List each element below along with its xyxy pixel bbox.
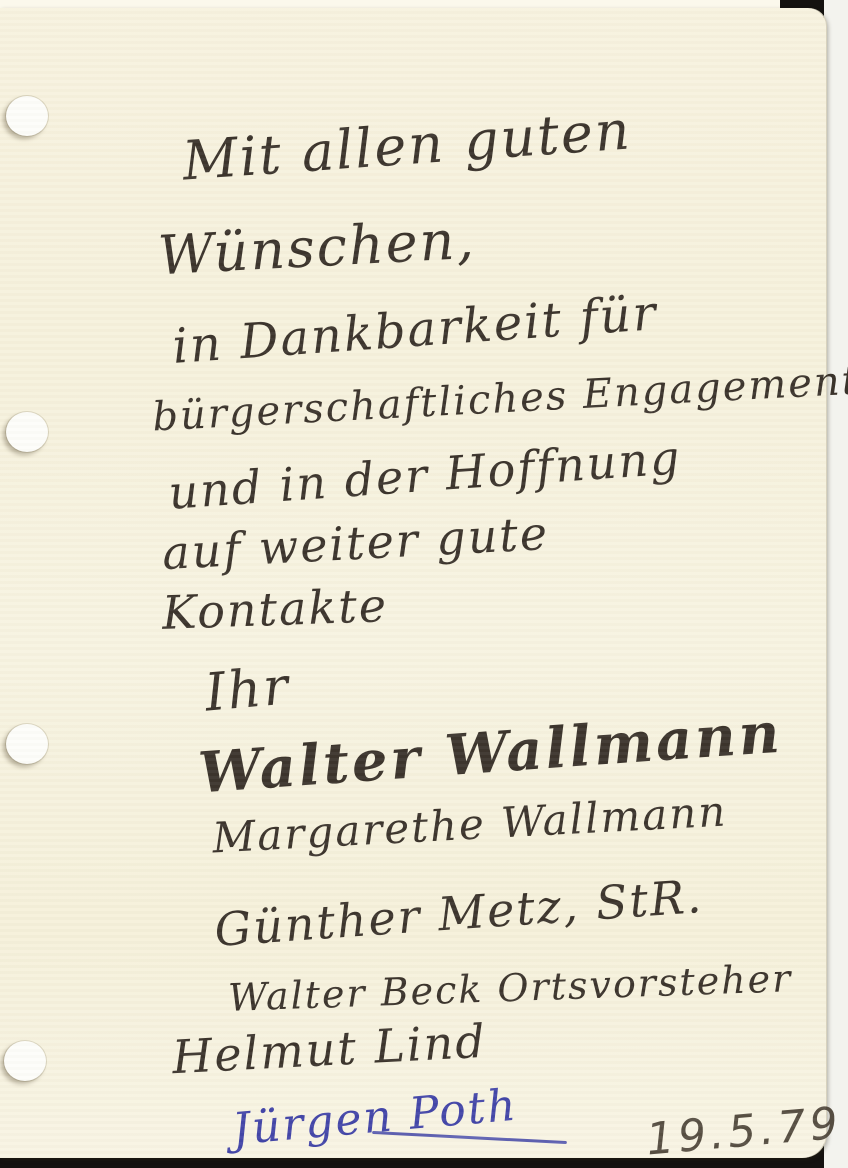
- paper-page: Mit allen guten Wünschen, in Dankbarkeit…: [0, 8, 826, 1158]
- punch-hole: [6, 96, 48, 136]
- backing-sheet-right-edge: [824, 0, 848, 1168]
- message-line-7: Kontakte: [161, 578, 389, 640]
- date-annotation: 19.5.79: [644, 1098, 844, 1166]
- signature-walter-beck-ortsvorsteher: Walter Beck Ortsvorsteher: [227, 956, 793, 1020]
- signature-helmut-lind: Helmut Lind: [171, 1014, 488, 1084]
- signature-juergen-poth-blue-ink: Jürgen Poth: [230, 1080, 519, 1156]
- message-line-3: in Dankbarkeit für: [171, 285, 660, 375]
- message-line-2: Wünschen,: [157, 208, 477, 288]
- scanned-document: Mit allen guten Wünschen, in Dankbarkeit…: [0, 0, 848, 1168]
- message-line-5: und in der Hoffnung: [167, 430, 683, 520]
- punch-hole: [4, 1041, 46, 1081]
- message-line-8: Ihr: [203, 656, 293, 723]
- punch-hole: [6, 724, 48, 764]
- message-line-6: auf weiter gute: [161, 506, 550, 580]
- message-line-1: Mit allen guten: [180, 98, 633, 192]
- message-line-4: bürgerschaftliches Engagement: [151, 358, 848, 441]
- signature-guenther-metz: Günther Metz, StR.: [213, 869, 705, 957]
- punch-hole: [6, 412, 48, 452]
